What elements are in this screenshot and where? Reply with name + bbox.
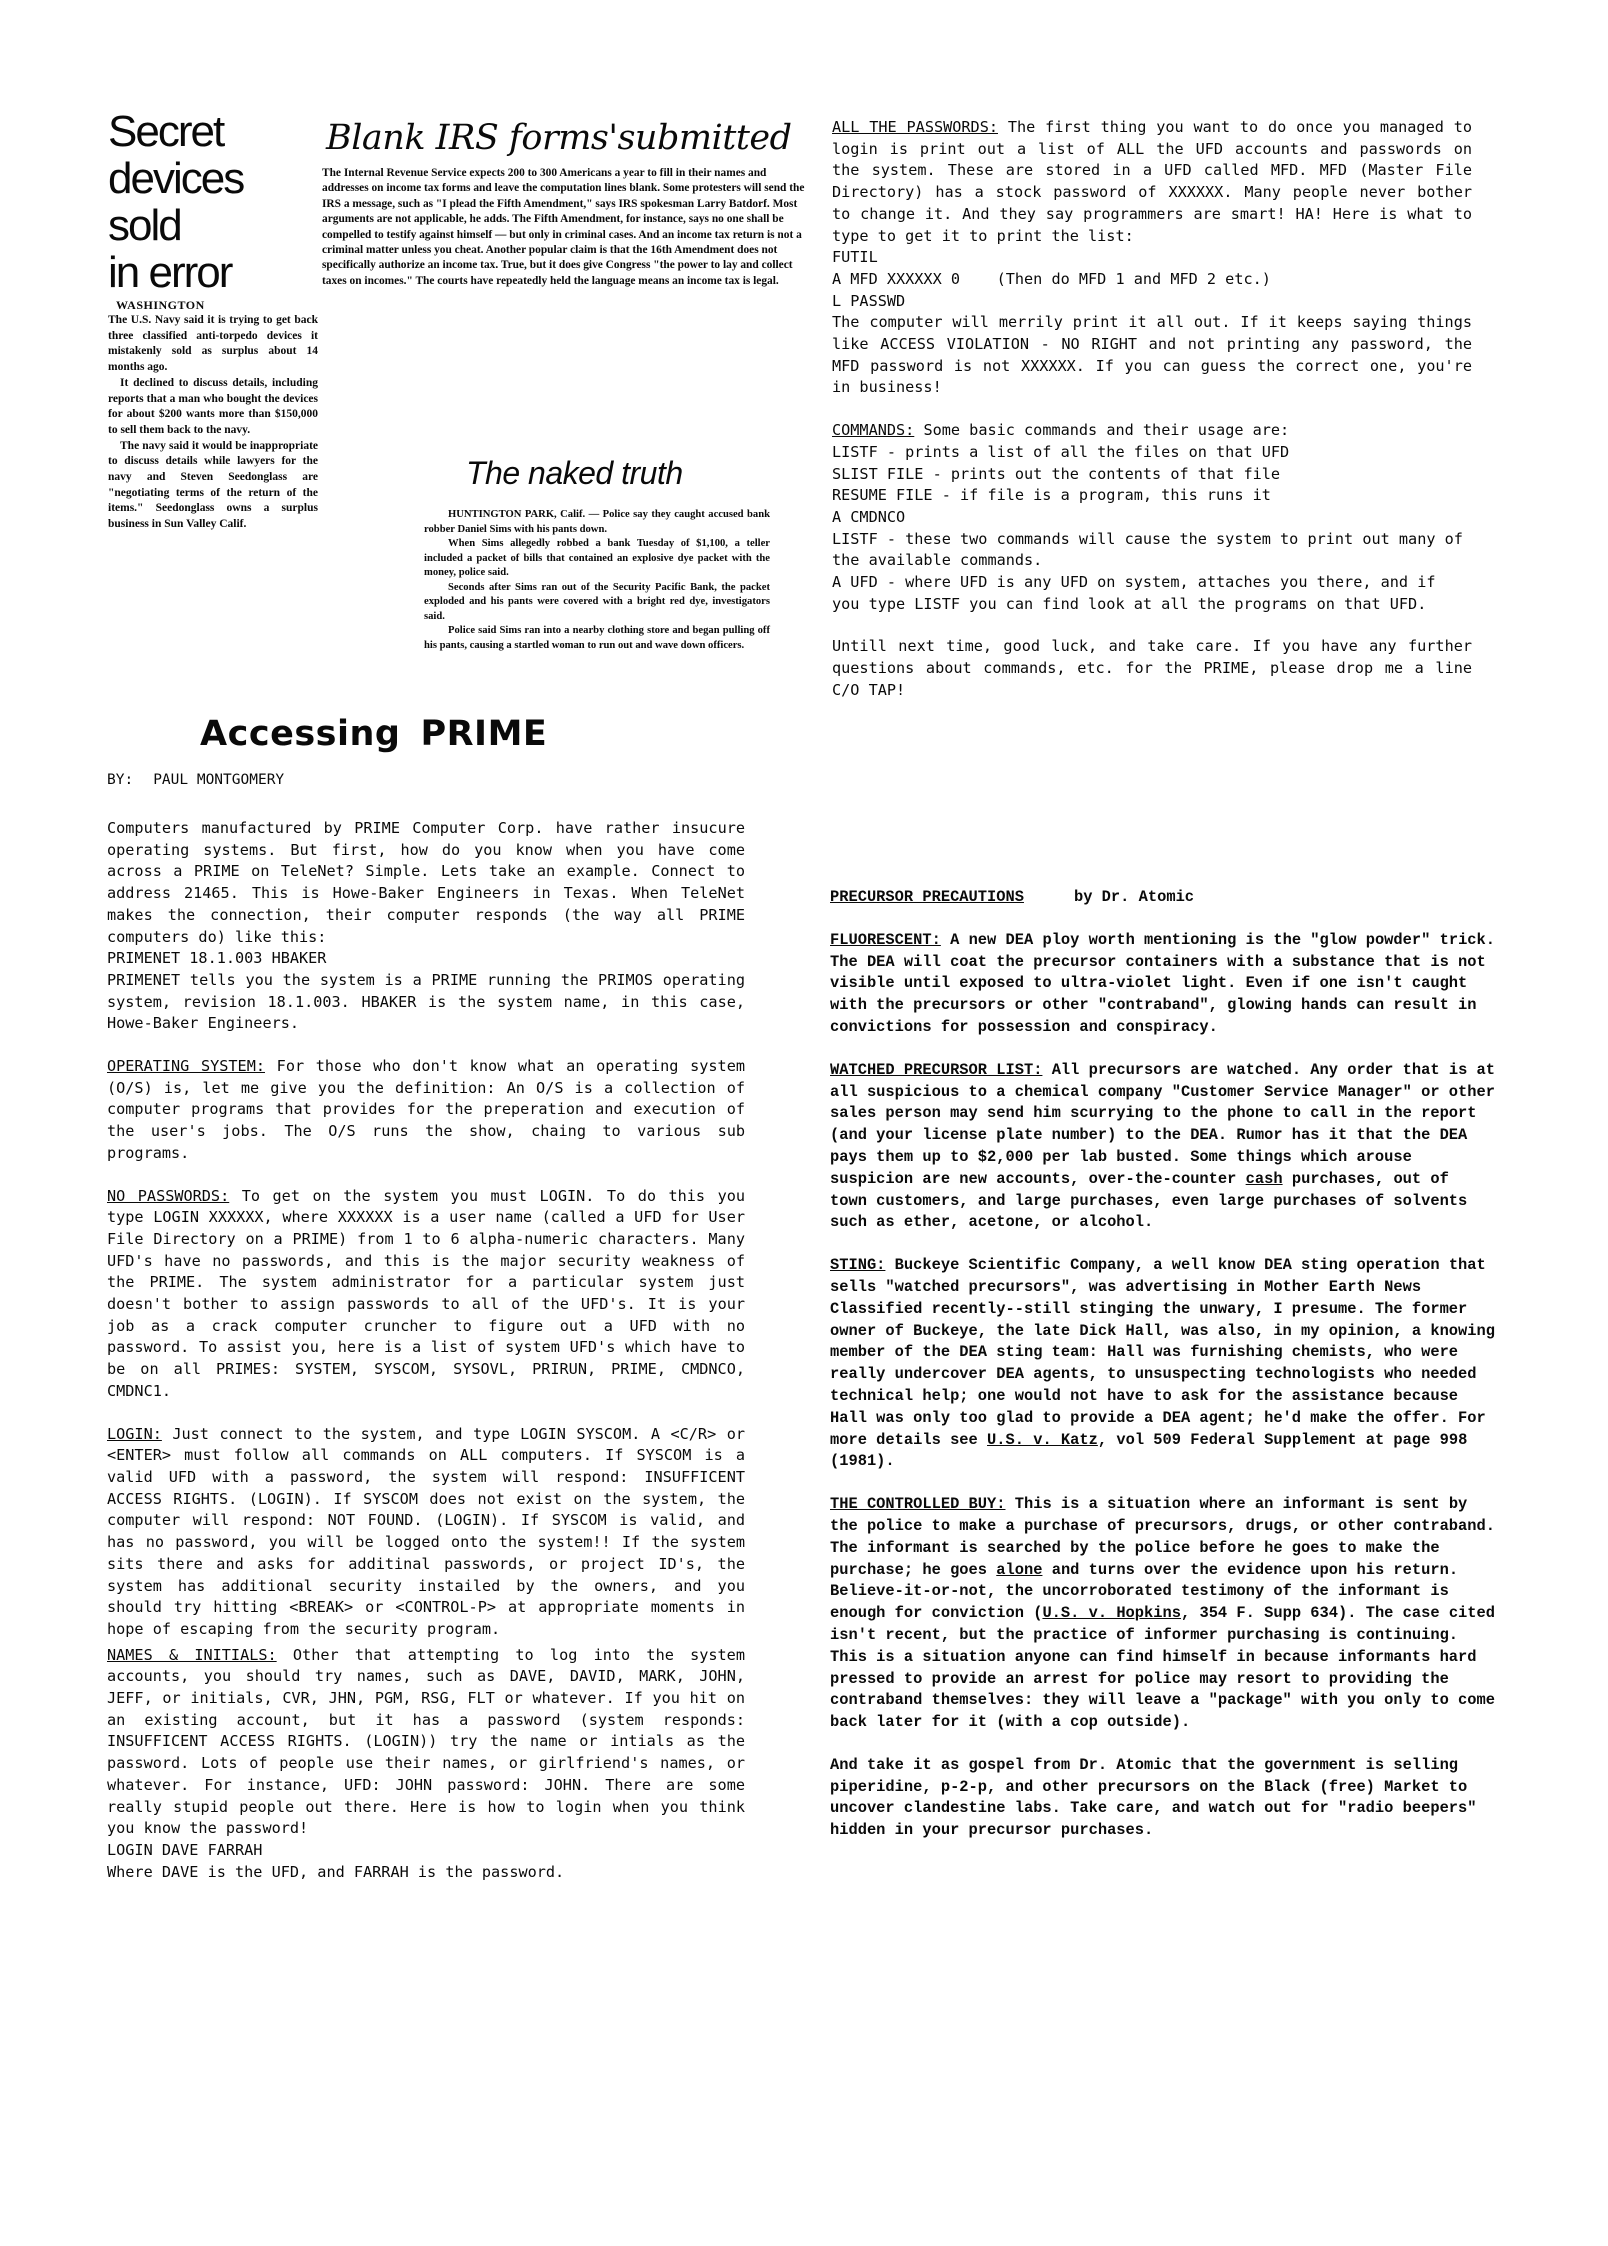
emphasis: alone — [996, 1561, 1042, 1579]
section-head: THE CONTROLLED BUY: — [830, 1495, 1005, 1513]
emphasis: cash — [1246, 1170, 1283, 1188]
headline-line: devices — [108, 155, 318, 202]
article-title: PRECURSOR PRECAUTIONSby Dr. Atomic — [830, 887, 1495, 909]
headline: The naked truth — [466, 455, 770, 492]
section-head: COMMANDS: — [832, 421, 914, 439]
section-no-passwords: NO PASSWORDS: To get on the system you m… — [107, 1186, 745, 1403]
command-line: LISTF - these two commands will cause th… — [832, 529, 1472, 572]
section-text: Buckeye Scientific Company, a well know … — [830, 1256, 1495, 1448]
section-head: ALL THE PASSWORDS: — [832, 118, 998, 136]
paragraph: It declined to discuss details, includin… — [108, 376, 318, 439]
command-line: SLIST FILE - prints out the contents of … — [832, 464, 1472, 486]
section-text: Just connect to the system, and type LOG… — [107, 1425, 745, 1638]
case-citation: U.S. v. Hopkins — [1042, 1604, 1181, 1622]
section-head: STING: — [830, 1256, 885, 1274]
section-commands: COMMANDS: Some basic commands and their … — [832, 420, 1472, 615]
command-line: A UFD - where UFD is any UFD on system, … — [832, 572, 1472, 615]
section-watched-list: WATCHED PRECURSOR LIST: All precursors a… — [830, 1060, 1495, 1234]
section-text: The computer will merrily print it all o… — [832, 313, 1472, 396]
byline: BY:PAUL MONTGOMERY — [107, 772, 284, 788]
accessing-prime-body: Computers manufactured by PRIME Computer… — [107, 818, 745, 1904]
section-text: The first thing you want to do once you … — [832, 118, 1472, 245]
headline-line: Secret — [108, 108, 318, 155]
section-head: LOGIN: — [107, 1425, 162, 1443]
section-all-passwords: ALL THE PASSWORDS: The first thing you w… — [832, 117, 1472, 399]
section-head: NAMES & INITIALS: — [107, 1646, 277, 1664]
section-names-initials: NAMES & INITIALS: Other that attempting … — [107, 1645, 745, 1884]
paragraph: Computers manufactured by PRIME Computer… — [107, 818, 745, 1035]
closing: And take it as gospel from Dr. Atomic th… — [830, 1755, 1495, 1842]
code-line: LOGIN DAVE FARRAH — [107, 1840, 745, 1862]
section-head: OPERATING SYSTEM: — [107, 1057, 265, 1075]
intro-continued: PRIMENET tells you the system is a PRIME… — [107, 971, 745, 1032]
article-body: HUNTINGTON PARK, Calif. — Police say the… — [424, 508, 770, 653]
section-head: WATCHED PRECURSOR LIST: — [830, 1061, 1042, 1079]
paragraph: Police said Sims ran into a nearby cloth… — [424, 624, 770, 653]
code-line: L PASSWD — [832, 291, 1472, 313]
section-controlled-buy: THE CONTROLLED BUY: This is a situation … — [830, 1494, 1495, 1734]
accessing-prime-continued: ALL THE PASSWORDS: The first thing you w… — [832, 117, 1472, 723]
section-text: Some basic commands and their usage are: — [923, 421, 1289, 439]
section-text: All precursors are watched. Any order th… — [830, 1061, 1495, 1188]
byline: by Dr. Atomic — [1074, 888, 1194, 906]
section-text: To get on the system you must LOGIN. To … — [107, 1187, 745, 1400]
headline-line: in error — [108, 249, 318, 296]
naked-truth-article: The naked truth HUNTINGTON PARK, Calif. … — [424, 455, 770, 653]
paragraph: The navy said it would be inappropriate … — [108, 439, 318, 533]
section-text: Where DAVE is the UFD, and FARRAH is the… — [107, 1863, 564, 1881]
intro-text: Computers manufactured by PRIME Computer… — [107, 819, 745, 946]
article-title: AccessingPRIME — [200, 714, 547, 754]
section-operating-system: OPERATING SYSTEM: For those who don't kn… — [107, 1056, 745, 1165]
code-line: A MFD XXXXXX 0 (Then do MFD 1 and MFD 2 … — [832, 269, 1472, 291]
byline-author: PAUL MONTGOMERY — [153, 772, 284, 788]
title-text: PRECURSOR PRECAUTIONS — [830, 888, 1024, 906]
byline-label: BY: — [107, 772, 133, 788]
section-login: LOGIN: Just connect to the system, and t… — [107, 1424, 745, 1641]
section-text: Other that attempting to log into the sy… — [107, 1646, 745, 1838]
section-sting: STING: Buckeye Scientific Company, a wel… — [830, 1255, 1495, 1473]
section-head: NO PASSWORDS: — [107, 1187, 229, 1205]
command-line: LISTF - prints a list of all the files o… — [832, 442, 1472, 464]
dateline: WASHINGTON — [116, 298, 318, 313]
article-body: The U.S. Navy said it is trying to get b… — [108, 313, 318, 533]
closing: Untill next time, good luck, and take ca… — [832, 636, 1472, 701]
section-head: FLUORESCENT: — [830, 931, 941, 949]
paragraph: When Sims allegedly robbed a bank Tuesda… — [424, 537, 770, 581]
case-citation: U.S. v. Katz — [987, 1431, 1098, 1449]
section-fluorescent: FLUORESCENT: A new DEA ploy worth mentio… — [830, 930, 1495, 1039]
section-text: , 354 F. Supp 634). The case cited isn't… — [830, 1604, 1495, 1731]
paragraph: Seconds after Sims ran out of the Securi… — [424, 581, 770, 625]
paragraph: HUNTINGTON PARK, Calif. — Police say the… — [424, 508, 770, 537]
headline: Blank IRS forms'submitted — [326, 118, 810, 158]
paragraph: The U.S. Navy said it is trying to get b… — [108, 313, 318, 376]
headline-line: sold — [108, 202, 318, 249]
title-word: Accessing — [200, 714, 400, 754]
secret-devices-article: Secret devices sold in error WASHINGTON … — [108, 108, 318, 533]
code-line: PRIMENET 18.1.003 HBAKER — [107, 948, 745, 970]
irs-article: Blank IRS forms'submitted The Internal R… — [322, 118, 810, 289]
command-line: A CMDNCO — [832, 507, 1472, 529]
precursor-precautions-article: PRECURSOR PRECAUTIONSby Dr. Atomic FLUOR… — [830, 887, 1495, 1863]
command-line: RESUME FILE - if file is a program, this… — [832, 485, 1472, 507]
article-body: The Internal Revenue Service expects 200… — [322, 166, 810, 289]
code-line: FUTIL — [832, 247, 1472, 269]
title-word: PRIME — [420, 714, 547, 754]
